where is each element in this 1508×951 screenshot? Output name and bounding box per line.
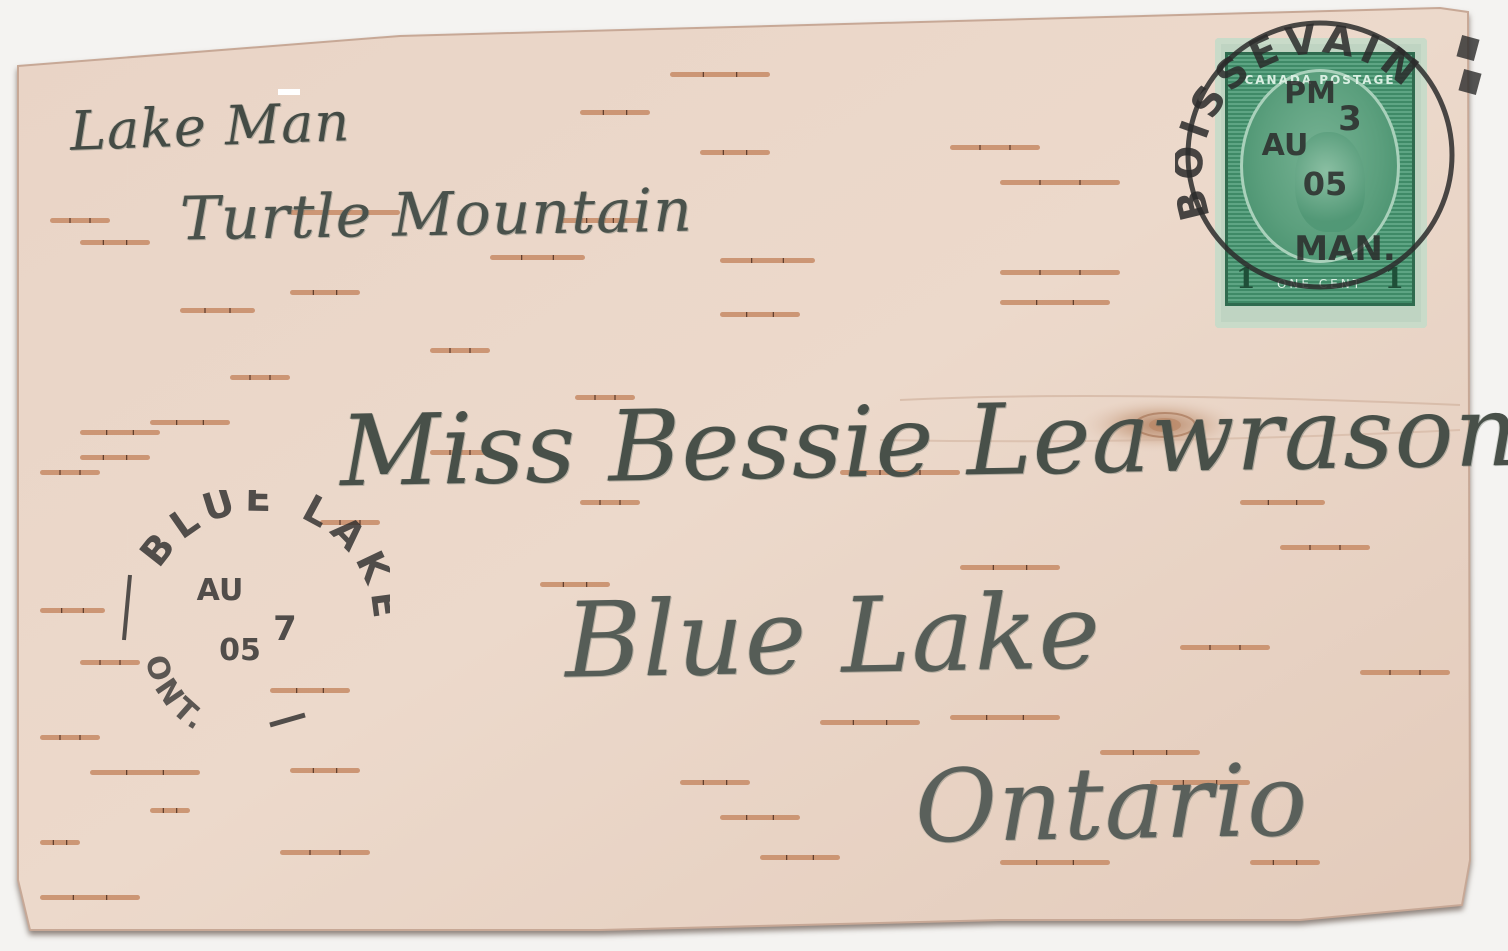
king-portrait-icon [1295,132,1365,232]
stamp-portrait-oval [1240,69,1400,263]
scene: Lake Man Turtle Mountain Miss Bessie Lea… [0,0,1508,951]
stamp-value-left: 1 [1236,262,1255,295]
postage-stamp: CANADA POSTAGE ONE CENT 1 1 [1215,38,1427,328]
recipient-town: Blue Lake [564,570,1102,701]
stamp-country-text: CANADA POSTAGE [1228,73,1412,87]
return-address-line-1: Lake Man [69,90,351,163]
return-address-line-2: Turtle Mountain [179,176,693,255]
stamp-frame: CANADA POSTAGE ONE CENT 1 1 [1225,52,1415,306]
recipient-name: Miss Bessie Leawrason [339,375,1508,510]
stamp-value-right: 1 [1385,262,1404,295]
recipient-province: Ontario [914,742,1309,866]
